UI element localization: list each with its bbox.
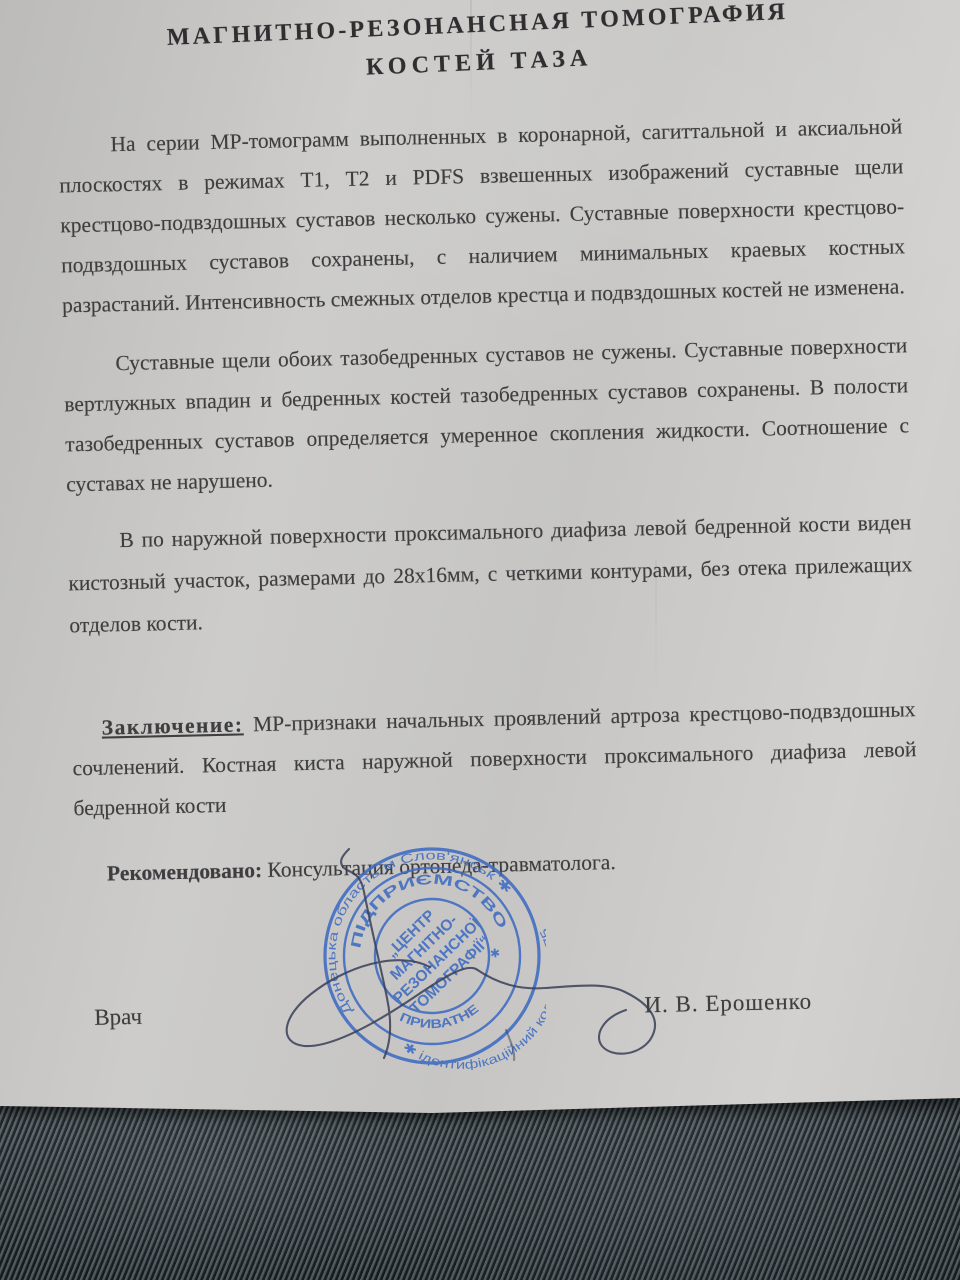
- findings-paragraph-2: Суставные щели обоих тазобедренных суста…: [63, 325, 910, 504]
- clinic-stamp: Донецька область м Слов'янськ ✱ ✱ іденти…: [318, 842, 546, 1070]
- recommendation-label: Рекомендовано:: [107, 858, 263, 886]
- paper-sheet-wrap: МАГНИТНО-РЕЗОНАНСНАЯ ТОМОГРАФИЯ КОСТЕЙ Т…: [0, 0, 960, 1280]
- report-title: МАГНИТНО-РЕЗОНАНСНАЯ ТОМОГРАФИЯ КОСТЕЙ Т…: [55, 0, 901, 96]
- stamp-star-icon: ✱: [489, 946, 500, 961]
- paper-sheet: МАГНИТНО-РЕЗОНАНСНАЯ ТОМОГРАФИЯ КОСТЕЙ Т…: [0, 0, 960, 1280]
- conclusion-paragraph: Заключение: МР-признаки начальных проявл…: [71, 689, 918, 828]
- findings-paragraph-3: В по наружной поверхности проксимального…: [67, 501, 914, 646]
- document-photo: МАГНИТНО-РЕЗОНАНСНАЯ ТОМОГРАФИЯ КОСТЕЙ Т…: [0, 0, 960, 1280]
- conclusion-label: Заключение:: [101, 712, 243, 739]
- doctor-name: И. В. Ерошенко: [644, 982, 813, 1026]
- findings-paragraph-1: На серии МР-томограмм выполненных в коро…: [58, 106, 906, 325]
- doctor-label: Врач: [94, 997, 143, 1038]
